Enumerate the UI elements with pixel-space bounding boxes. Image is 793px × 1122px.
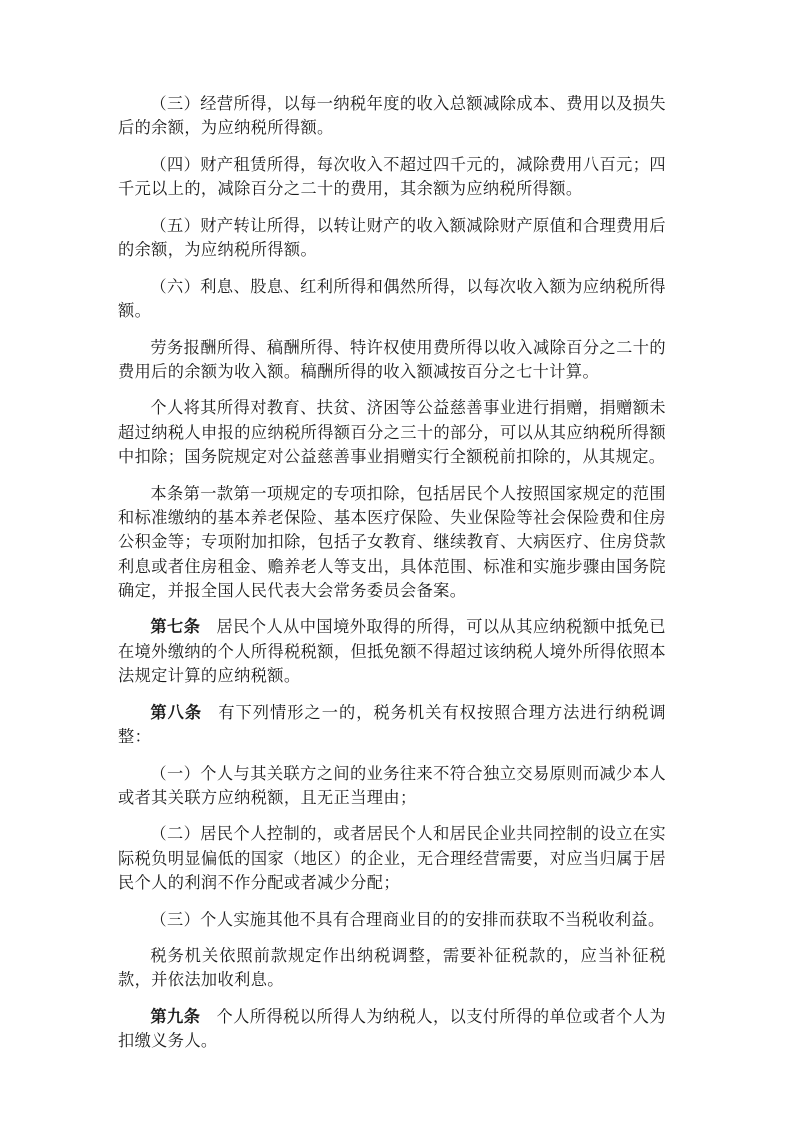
article-label: 第九条 — [150, 1007, 200, 1026]
paragraph-text: （五）财产转让所得，以转让财产的收入额减除财产原值和合理费用后的余额，为应纳税所… — [118, 216, 666, 259]
paragraph-text: （六）利息、股息、红利所得和偶然所得，以每次收入额为应纳税所得额。 — [118, 277, 666, 320]
document-page: （三）经营所得，以每一纳税年度的收入总额减除成本、费用以及损失后的余额，为应纳税… — [118, 92, 666, 1066]
article-7: 第七条居民个人从中国境外取得的所得，可以从其应纳税额中抵免已在境外缴纳的个人所得… — [118, 615, 666, 688]
paragraph-item-2-controlled-foreign: （二）居民个人控制的，或者居民个人和居民企业共同控制的设立在实际税负明显偏低的国… — [118, 822, 666, 895]
paragraph-tax-adjustment: 税务机关依照前款规定作出纳税调整，需要补征税款的，应当补征税款，并依法加收利息。 — [118, 944, 666, 993]
paragraph-text: 居民个人从中国境外取得的所得，可以从其应纳税额中抵免已在境外缴纳的个人所得税税额… — [118, 617, 666, 685]
paragraph-item-3-business-income: （三）经营所得，以每一纳税年度的收入总额减除成本、费用以及损失后的余额，为应纳税… — [118, 92, 666, 141]
paragraph-labor-remuneration: 劳务报酬所得、稿酬所得、特许权使用费所得以收入减除百分之二十的费用后的余额为收入… — [118, 336, 666, 385]
paragraph-text: 个人将其所得对教育、扶贫、济困等公益慈善事业进行捐赠，捐赠额未超过纳税人申报的应… — [118, 398, 666, 466]
paragraph-text: （三）经营所得，以每一纳税年度的收入总额减除成本、费用以及损失后的余额，为应纳税… — [118, 94, 666, 137]
paragraph-item-4-property-lease: （四）财产租赁所得，每次收入不超过四千元的，减除费用八百元；四千元以上的，减除百… — [118, 153, 666, 202]
paragraph-text: （四）财产租赁所得，每次收入不超过四千元的，减除费用八百元；四千元以上的，减除百… — [118, 155, 666, 198]
article-8: 第八条有下列情形之一的，税务机关有权按照合理方法进行纳税调整： — [118, 701, 666, 750]
paragraph-text: 税务机关依照前款规定作出纳税调整，需要补征税款的，应当补征税款，并依法加收利息。 — [118, 946, 666, 989]
paragraph-special-deductions: 本条第一款第一项规定的专项扣除，包括居民个人按照国家规定的范围和标准缴纳的基本养… — [118, 482, 666, 603]
paragraph-charitable-donation: 个人将其所得对教育、扶贫、济困等公益慈善事业进行捐赠，捐赠额未超过纳税人申报的应… — [118, 396, 666, 469]
paragraph-text: 劳务报酬所得、稿酬所得、特许权使用费所得以收入减除百分之二十的费用后的余额为收入… — [118, 338, 666, 381]
paragraph-text: 个人所得税以所得人为纳税人，以支付所得的单位或者个人为扣缴义务人。 — [118, 1007, 666, 1050]
article-label: 第八条 — [150, 703, 202, 722]
article-9: 第九条个人所得税以所得人为纳税人，以支付所得的单位或者个人为扣缴义务人。 — [118, 1005, 666, 1054]
article-label: 第七条 — [150, 617, 200, 636]
paragraph-item-3-improper-benefit: （三）个人实施其他不具有合理商业目的的安排而获取不当税收利益。 — [118, 908, 666, 932]
paragraph-text: （三）个人实施其他不具有合理商业目的的安排而获取不当税收利益。 — [150, 910, 664, 929]
paragraph-text: （一）个人与其关联方之间的业务往来不符合独立交易原则而减少本人或者其关联方应纳税… — [118, 764, 666, 807]
paragraph-text: （二）居民个人控制的，或者居民个人和居民企业共同控制的设立在实际税负明显偏低的国… — [118, 824, 666, 892]
paragraph-item-1-related-party: （一）个人与其关联方之间的业务往来不符合独立交易原则而减少本人或者其关联方应纳税… — [118, 762, 666, 811]
paragraph-item-5-property-transfer: （五）财产转让所得，以转让财产的收入额减除财产原值和合理费用后的余额，为应纳税所… — [118, 214, 666, 263]
paragraph-item-6-interest-dividends: （六）利息、股息、红利所得和偶然所得，以每次收入额为应纳税所得额。 — [118, 275, 666, 324]
paragraph-text: 本条第一款第一项规定的专项扣除，包括居民个人按照国家规定的范围和标准缴纳的基本养… — [118, 484, 666, 600]
